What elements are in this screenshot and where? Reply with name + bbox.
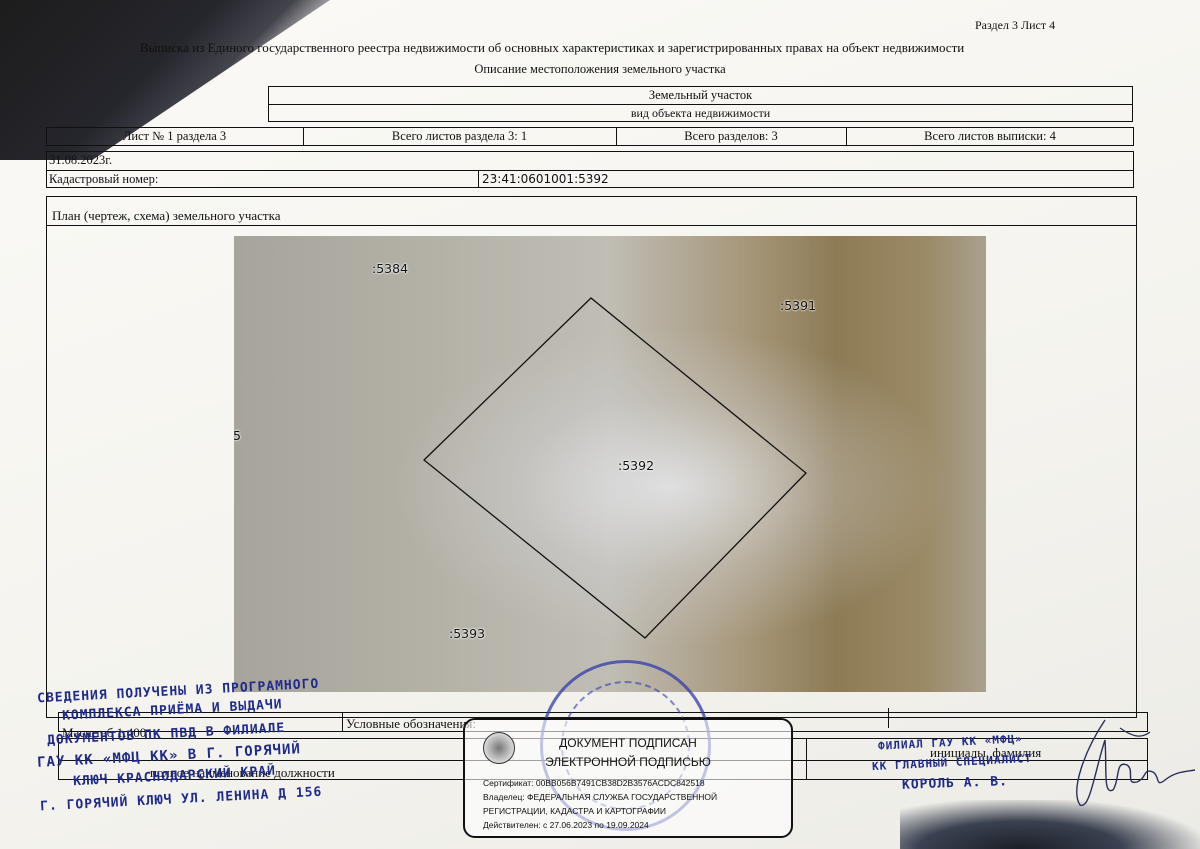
object-type-caption: вид объекта недвижимости — [268, 106, 1133, 121]
e-signature-line1: ДОКУМЕНТ ПОДПИСАН — [465, 736, 791, 750]
parcel-outline-svg — [234, 236, 986, 692]
divider — [888, 708, 889, 728]
total-sheets-extract: Всего листов выписки: 4 — [846, 129, 1134, 144]
cadastral-map: :5384 :5391 :5392 :5393 — [234, 236, 986, 692]
legend-label: Условные обозначения: — [346, 716, 476, 732]
parcel-label-5391: :5391 — [780, 298, 816, 313]
document-subtitle: Описание местоположения земельного участ… — [0, 62, 1200, 77]
e-signature-owner-cont: РЕГИСТРАЦИИ, КАДАСТРА И КАРТОГРАФИИ — [483, 806, 666, 816]
photo-shadow-bottom — [900, 800, 1200, 849]
cadastral-number: 23:41:0601001:5392 — [482, 172, 609, 186]
e-signature-line2: ЭЛЕКТРОННОЙ ПОДПИСЬЮ — [465, 755, 791, 769]
parcel-label-5393: :5393 — [449, 626, 485, 641]
cadastral-label: Кадастровый номер: — [49, 172, 158, 187]
e-signature-owner: Владелец: ФЕДЕРАЛЬНАЯ СЛУЖБА ГОСУДАРСТВЕ… — [483, 792, 717, 802]
parcel-5392-boundary — [424, 298, 806, 638]
divider — [342, 712, 343, 732]
divider — [46, 225, 1137, 226]
total-sheets-section: Всего листов раздела 3: 1 — [303, 129, 616, 144]
extract-date: 31.08.2023г. — [49, 153, 112, 168]
total-sections: Всего разделов: 3 — [616, 129, 846, 144]
divider — [478, 170, 479, 188]
plan-title: План (чертеж, схема) земельного участка — [52, 208, 280, 224]
divider — [268, 104, 1133, 105]
e-signature-box: ДОКУМЕНТ ПОДПИСАН ЭЛЕКТРОННОЙ ПОДПИСЬЮ С… — [463, 718, 793, 838]
parcel-label-fragment: 5 — [233, 428, 241, 443]
divider — [806, 738, 807, 780]
e-signature-validity: Действителен: с 27.06.2023 по 19.09.2024 — [483, 820, 649, 830]
document-title: Выписка из Единого государственного реес… — [140, 40, 964, 56]
divider — [46, 170, 1134, 171]
e-signature-certificate: Сертификат: 00BB056B7491CB38D2B3576ACDC8… — [483, 778, 705, 788]
sheet-number: Лист № 1 раздела 3 — [46, 129, 303, 144]
section-sheet-label: Раздел 3 Лист 4 — [975, 18, 1055, 33]
parcel-label-5392: :5392 — [618, 458, 654, 473]
parcel-label-5384: :5384 — [372, 261, 408, 276]
object-type: Земельный участок — [268, 88, 1133, 103]
